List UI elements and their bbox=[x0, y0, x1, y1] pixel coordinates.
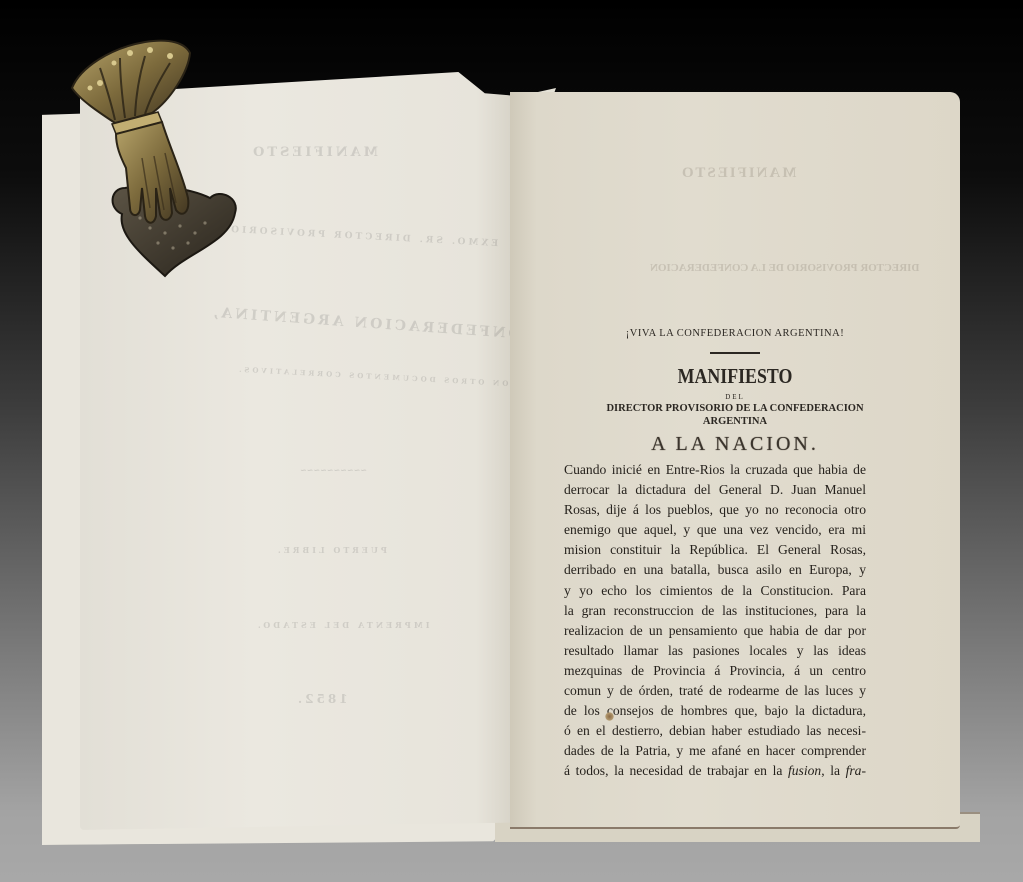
body-line: mezquinas de Provincia á Provincia, á un… bbox=[564, 661, 866, 681]
body-line: y yo echo los cimientos de la Constituci… bbox=[564, 581, 866, 601]
body-line: Cuando inicié en Entre-Rios la cruzada q… bbox=[564, 460, 866, 480]
bleed-printer: IMPRENTA DEL ESTADO. bbox=[255, 620, 429, 630]
title-manifiesto: MANIFIESTO bbox=[612, 364, 859, 389]
director-line-2: ARGENTINA bbox=[590, 416, 880, 427]
header-rule bbox=[710, 352, 760, 354]
body-line: mision constituir la República. El Gener… bbox=[564, 540, 866, 560]
body-line: comun y de órden, traté de rodearme de l… bbox=[564, 681, 866, 701]
header-viva: ¡VIVA LA CONFEDERACION ARGENTINA! bbox=[590, 328, 880, 339]
subtitle-a-la-nacion: A LA NACION. bbox=[590, 433, 880, 456]
bleed-right-line: DIRECTOR PROVISORIO DE LA CONFEDERACION bbox=[650, 262, 919, 274]
bleed-title: MANIFIESTO bbox=[250, 145, 378, 160]
bronze-hand-clip-icon bbox=[70, 38, 240, 278]
body-line: enemigo que aquel, y que una vez vencido… bbox=[564, 520, 866, 540]
director-line-1: DIRECTOR PROVISORIO DE LA CONFEDERACION bbox=[590, 403, 880, 414]
body-line-last: á todos, la necesidad de trabajar en la … bbox=[564, 761, 866, 781]
body-line: derrocar la dictadura del General D. Jua… bbox=[564, 480, 866, 500]
body-line: resultado llamar las pasiones locales y … bbox=[564, 641, 866, 661]
book-photo: MANIFIESTO EXMO. SR. DIRECTOR PROVISORIO… bbox=[0, 0, 1023, 882]
bleed-place: PUERTO LIBRE. bbox=[275, 545, 387, 555]
body-line: ó en el destierro, debian haber estudiad… bbox=[564, 721, 866, 741]
bleed-ornament: ~~~~~~~~~~ bbox=[300, 465, 367, 475]
label-del: DEL bbox=[590, 393, 880, 401]
right-page-text: ¡VIVA LA CONFEDERACION ARGENTINA! MANIFI… bbox=[590, 320, 880, 782]
body-paragraph: Cuando inicié en Entre-Rios la cruzada q… bbox=[564, 460, 866, 782]
bleed-year: 1852. bbox=[295, 692, 348, 706]
body-line: realizacion de un pensamiento que habia … bbox=[564, 621, 866, 641]
body-line: dades de la Patria, y me afané en hacer … bbox=[564, 741, 866, 761]
body-line: derribado en una batalla, busca asilo en… bbox=[564, 560, 866, 580]
foxing-stain bbox=[605, 712, 614, 721]
body-line: la gran reconstruccion de las institucio… bbox=[564, 601, 866, 621]
body-line: Rosas, dije á los pueblos, que yo no rec… bbox=[564, 500, 866, 520]
bleed-right-title: MANIFIESTO bbox=[680, 165, 796, 182]
